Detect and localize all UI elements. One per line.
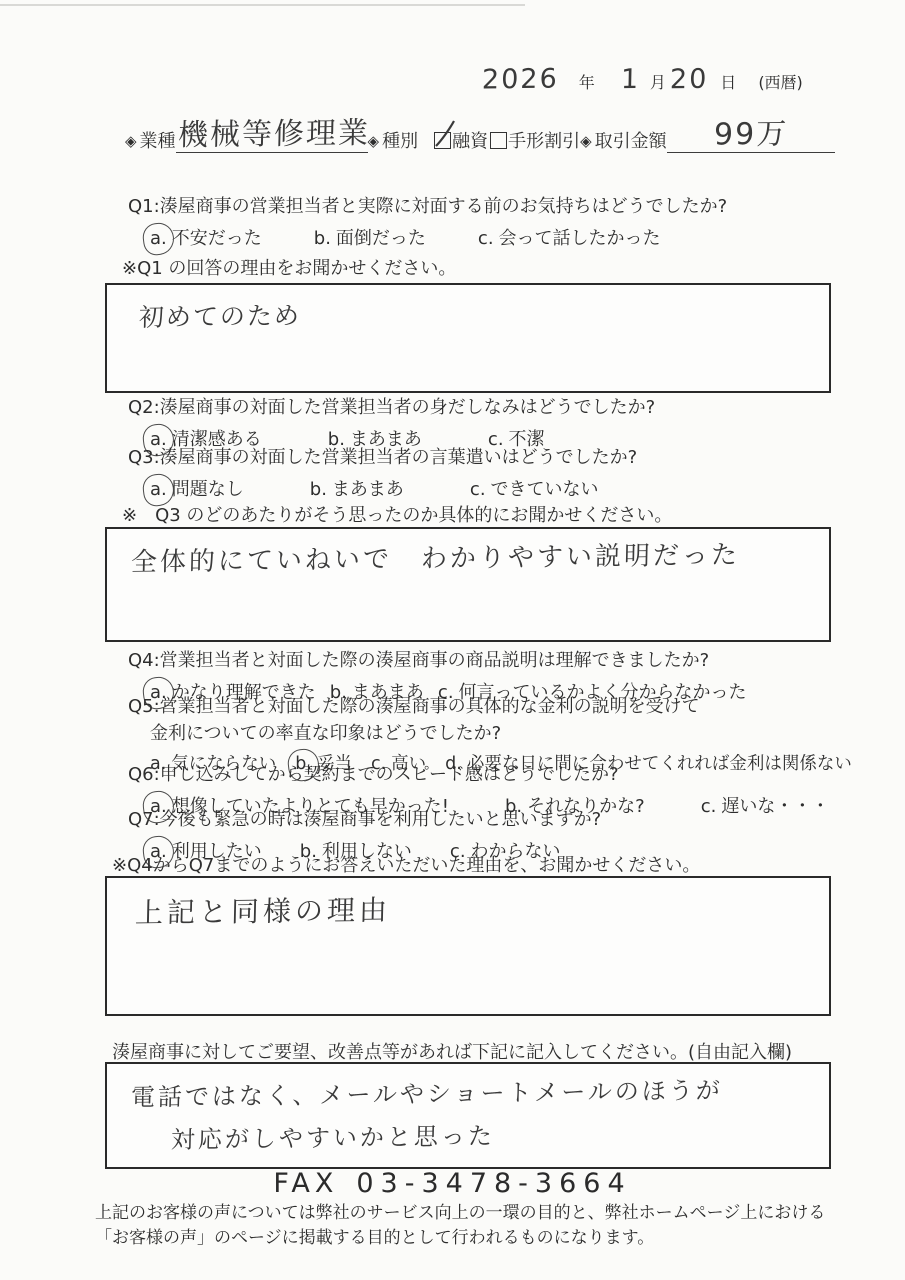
q1-option-c-label: 会って話したかった (499, 228, 661, 249)
question-q1-text: Q1:湊屋商事の営業担当者と実際に対面する前のお気持ちはどうでしたか? (128, 196, 898, 219)
q1-option-c: c.会って話したかった (478, 224, 661, 250)
question-q3: Q3:湊屋商事の対面した営業担当者の言葉遣いはどうでしたか? a.問題なし b.… (128, 447, 898, 501)
industry-label: 業種 (140, 131, 176, 152)
question-q5-text: Q5:営業担当者と対面した際の湊屋商事の具体的な金利の説明を受けて (128, 696, 898, 719)
question-q1: Q1:湊屋商事の営業担当者と実際に対面する前のお気持ちはどうでしたか? a.不安… (128, 196, 898, 250)
free-comment-line1: 電話ではなく、メールやショートメールのほうが (131, 1070, 724, 1112)
question-q5-text2: 金利についての率直な印象はどうでしたか? (128, 723, 898, 746)
q1-option-c-key: c. (478, 228, 494, 249)
q1-reason-box: 初めてのため (105, 283, 831, 393)
header-fields: ◈業種 機械等修理業 ◈種別 融資手形割引 ◈取引金額 99万 (125, 126, 835, 153)
q3-option-c-key: c. (470, 479, 486, 500)
industry-value: 機械等修理業 (177, 119, 370, 151)
q1-option-a: a.不安だった (150, 224, 262, 250)
footer-note-line2: 「お客様の声」のページに掲載する目的として行われるものになります。 (95, 1226, 855, 1251)
scanned-survey-form: 2026 年 1 月 20 日 (西暦) ◈業種 機械等修理業 ◈種別 融資手形… (0, 0, 905, 1280)
question-q3-options: a.問題なし b.まあまあ c.できていない (128, 475, 898, 501)
checkbox-tegata (490, 132, 507, 149)
q3-option-b-label: まあまあ (332, 479, 404, 500)
scan-edge (0, 4, 525, 6)
q1-option-a-key: a. (150, 228, 167, 249)
fax-line: FAX03-3478-3664 (0, 1168, 905, 1199)
free-comment-box: 電話ではなく、メールやショートメールのほうが 対応がしやすいかと思った (105, 1062, 831, 1169)
amount-value: 99万 (713, 120, 788, 151)
amount-field: 99万 (667, 126, 835, 153)
amount-label: 取引金額 (595, 131, 667, 152)
date-day: 20 (670, 64, 709, 95)
question-q7-text: Q7:今後も緊急の時は湊屋商事を利用したいと思いますか? (128, 809, 898, 832)
fax-label: FAX (273, 1168, 338, 1199)
q4-q7-reason-answer: 上記と同様の理由 (135, 888, 392, 931)
date-year-suffix: 年 (579, 70, 595, 93)
question-q4-text: Q4:営業担当者と対面した際の湊屋商事の商品説明は理解できましたか? (128, 650, 898, 673)
footer-note-line1: 上記のお客様の声については弊社のサービス向上の一環の目的と、弊社ホームページ上に… (95, 1201, 855, 1226)
check-icon (432, 119, 458, 149)
free-comment-line2: 対応がしやすいかと思った (171, 1116, 496, 1155)
q1-option-a-label: 不安だった (172, 228, 262, 249)
amount-label-group: ◈取引金額 (580, 131, 667, 154)
q1-reason-answer: 初めてのため (139, 296, 302, 334)
q3-option-a-label: 問題なし (172, 479, 244, 500)
q3-reason-box: 全体的にていねいで わかりやすい説明だった (105, 527, 831, 642)
q3-option-a-key: a. (150, 479, 167, 500)
category-label: 種別 (382, 131, 418, 152)
footer-note: 上記のお客様の声については弊社のサービス向上の一環の目的と、弊社ホームページ上に… (95, 1201, 855, 1250)
date-era-note: (西暦) (758, 70, 803, 93)
category-options: 融資手形割引 (432, 130, 580, 154)
diamond-icon: ◈ (368, 132, 380, 150)
date-day-suffix: 日 (720, 70, 736, 93)
diamond-icon: ◈ (580, 132, 592, 150)
q1-option-b-label: 面倒だった (336, 228, 426, 249)
checkbox-yushi (434, 132, 451, 149)
date-line: 2026 年 1 月 20 日 (西暦) (482, 64, 803, 95)
question-q1-options: a.不安だった b.面倒だった c.会って話したかった (128, 224, 898, 250)
q3-option-c-label: できていない (491, 479, 599, 500)
q3-reason-answer: 全体的にていねいで わかりやすい説明だった (131, 534, 741, 578)
question-q6-text: Q6:申し込みしてから契約までのスピード感はどうでしたか? (128, 764, 898, 787)
q1-option-b-key: b. (314, 228, 331, 249)
q3-option-c: c.できていない (470, 475, 599, 501)
date-month-suffix: 月 (650, 70, 666, 93)
q4-q7-reason-box: 上記と同様の理由 (105, 876, 831, 1016)
category-option-tegata-label: 手形割引 (508, 131, 580, 152)
fax-number: 03-3478-3664 (356, 1168, 631, 1199)
date-month: 1 (620, 64, 640, 95)
question-q2-text: Q2:湊屋商事の対面した営業担当者の身だしなみはどうでしたか? (128, 397, 898, 420)
q3-option-a: a.問題なし (150, 475, 244, 501)
q4-q7-reason-prompt: ※Q4からQ7までのようにお答えいただいた理由を、お聞かせください。 (112, 855, 700, 878)
industry-field: 機械等修理業 (176, 126, 368, 153)
q3-reason-prompt: ※ Q3 のどのあたりがそう思ったのか具体的にお聞かせください。 (122, 505, 672, 528)
question-q3-text: Q3:湊屋商事の対面した営業担当者の言葉遣いはどうでしたか? (128, 447, 898, 470)
industry-label-group: ◈業種 (125, 131, 176, 154)
question-q2: Q2:湊屋商事の対面した営業担当者の身だしなみはどうでしたか? a.清潔感ある … (128, 397, 898, 451)
diamond-icon: ◈ (125, 132, 137, 150)
date-year: 2026 (482, 64, 559, 96)
q1-option-b: b.面倒だった (314, 224, 426, 250)
q3-option-b: b.まあまあ (310, 475, 404, 501)
q1-reason-prompt: ※Q1 の回答の理由をお聞かせください。 (122, 258, 456, 281)
q3-option-b-key: b. (310, 479, 327, 500)
category-label-group: ◈種別 (368, 131, 419, 154)
